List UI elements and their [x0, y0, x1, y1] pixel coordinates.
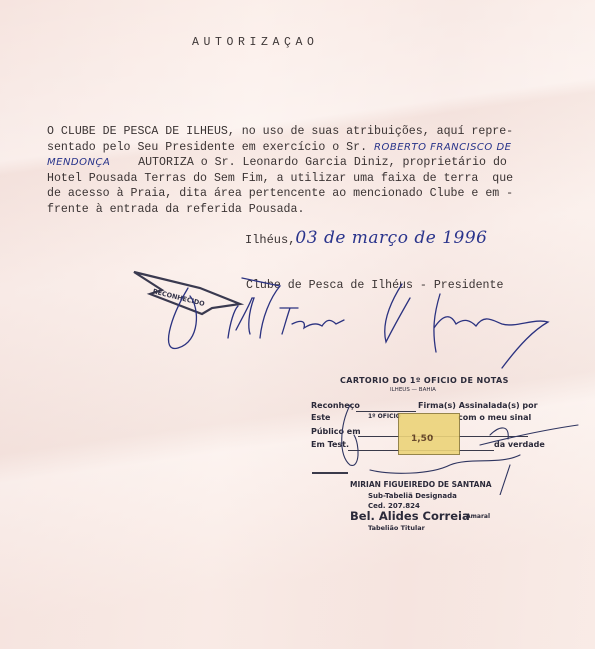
handwritten-president-name: ROBERTO FRANCISCO DE: [374, 142, 511, 153]
authorization-body: O CLUBE DE PESCA DE ILHEUS, no uso de su…: [47, 124, 557, 218]
notary-subheader: ILHEUS — BAHIA: [390, 387, 436, 393]
body-line-1: O CLUBE DE PESCA DE ILHEUS, no uso de su…: [47, 125, 513, 138]
body-line-2: sentado pelo Seu Presidente em exercício…: [47, 141, 367, 154]
notary-name-2-suffix: Amaral: [466, 513, 490, 520]
notary-row-2-label: Este: [311, 413, 330, 422]
president-signature: RECONHECIDO: [130, 268, 570, 383]
notary-name-2: Bel. Alides Correia: [350, 509, 470, 523]
signature-icon: RECONHECIDO: [130, 268, 570, 378]
handwritten-date: 03 de março de 1996: [295, 228, 487, 248]
handwritten-president-surname: MENDONÇA: [47, 157, 110, 168]
body-line-5: de acesso à Praia, dita área pertencente…: [47, 187, 513, 200]
reconhecido-stamp-icon: [134, 272, 240, 314]
notary-header: CARTORIO DO 1º OFICIO DE NOTAS: [340, 376, 509, 385]
notary-signature-icon: [330, 395, 580, 495]
date-place: Ilhéus,: [245, 233, 295, 247]
date-line: Ilhéus,03 de março de 1996: [245, 228, 487, 248]
body-line-3: AUTORIZA o Sr. Leonardo Garcia Diniz, pr…: [110, 156, 507, 169]
document-title: AUTORIZAÇAO: [192, 36, 319, 49]
body-line-4: Hotel Pousada Terras do Sem Fim, a utili…: [47, 172, 513, 185]
notary-role-2: Tabelião Titular: [368, 524, 425, 532]
body-line-6: frente à entrada da referida Pousada.: [47, 203, 304, 216]
